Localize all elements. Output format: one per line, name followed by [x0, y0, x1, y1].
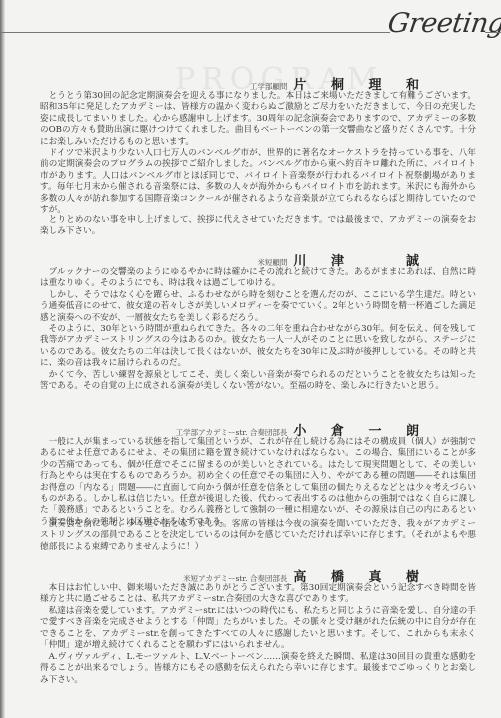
page-header: Greetings [0, 0, 501, 60]
paragraph: 私達は音楽を愛しています。アカデミーstr.にはいつの時代にも、私たちと同じよう… [40, 606, 476, 652]
page-binding-shadow [0, 0, 5, 718]
paragraph: ブルックナーの交響楽のようにゆるやかに時は確かにその流れと続けてきた。あるがまま… [40, 267, 476, 290]
page-title: Greetings [386, 8, 501, 39]
paragraph: ドイツで米沢より少ない人口七万人のバンベルグ市が、世界的に著名なオーケストラを持… [40, 148, 476, 216]
paragraph: とりとめのない事を申し上げまして、挨拶に代えさせていただきます。では最後まで、ア… [40, 215, 476, 238]
header-rule-right [485, 32, 501, 33]
paragraph: 演奏会を前にして、少々堅い話となりました。客席の皆様は今夜の演奏を聞いていただき… [40, 519, 476, 553]
paragraph: かくて今、苦しい練習を源泉としてこそ、美しく楽しい音楽が奏でられるのだということ… [40, 370, 476, 393]
paragraph: 一般に人が集まっている状態を指して集団というが、これが存在し続ける為にはその構成… [40, 437, 476, 528]
paragraph: しかし、そうではなく心を躍らせ、ふるわせながら時を刻むことを選んだのが、ここにい… [40, 290, 476, 324]
header-rule-left [0, 32, 390, 33]
paragraph: A.ヴィヴァルディ、L.モーツァルト、L.V.ベートーベン……演奏を終えた瞬間、… [40, 652, 476, 686]
paragraph: 本日はお忙しい中、御来場いただき誠にありがとうございます。第30回定期演奏会とい… [40, 583, 476, 606]
paragraph: とうとう第30回の記念定期演奏会を迎える事になりました。本日はご来場いただきまし… [40, 91, 476, 148]
paragraph: そのように、30年という時間が重ねられてきた。各々の二年を重ね合わせながら30年… [40, 324, 476, 370]
